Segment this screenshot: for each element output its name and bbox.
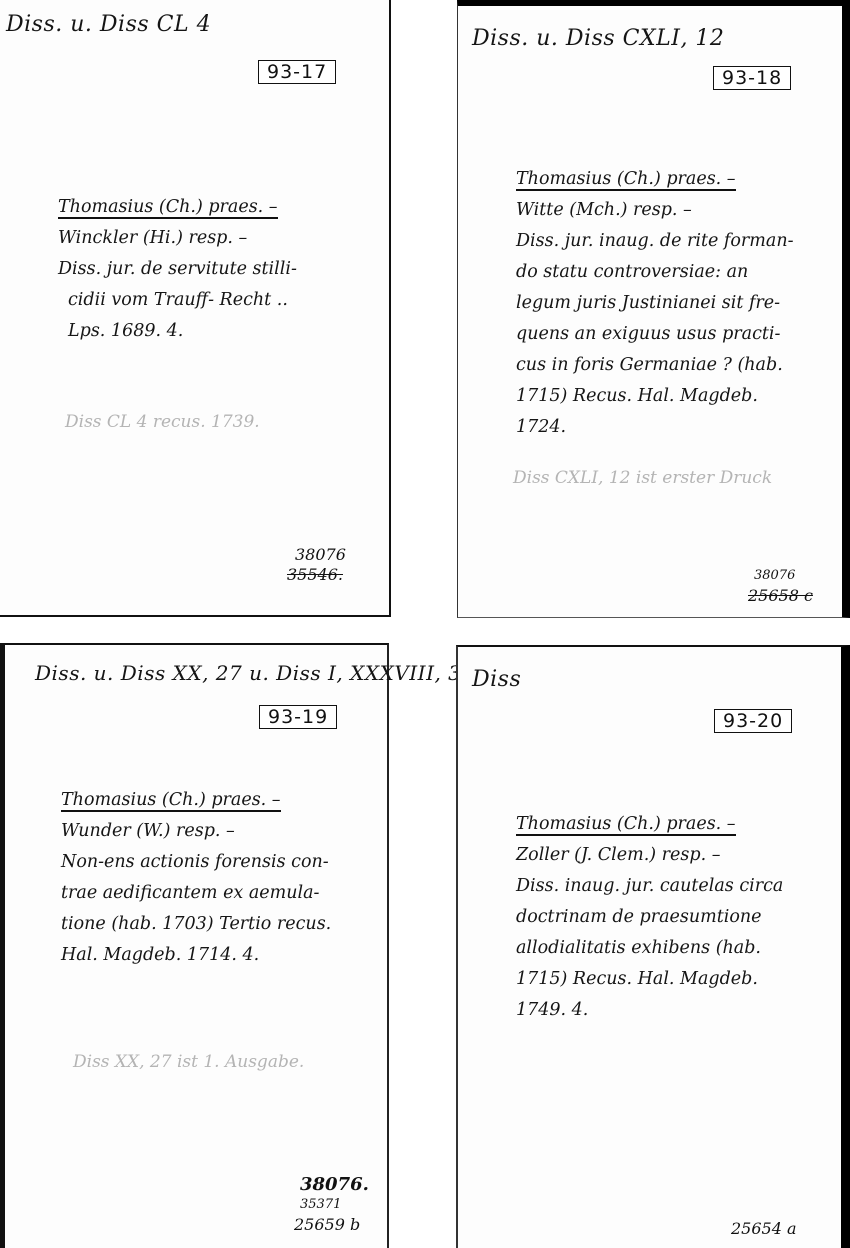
accession-number: 25659 b xyxy=(294,1215,369,1235)
description-line: Diss. jur. de servitute stilli- xyxy=(58,254,297,285)
accession-number: 35371 xyxy=(300,1195,369,1215)
description-line: Diss. inaug. jur. cautelas circa xyxy=(516,871,783,902)
praeses-line: Thomasius (Ch.) praes. – xyxy=(516,814,736,836)
description-line: tione (hab. 1703) Tertio recus. xyxy=(61,909,331,940)
catalog-card-93-17: Diss. u. Diss CL 4 93-17 Thomasius (Ch.)… xyxy=(0,0,391,617)
description-line: do statu controversiae: an xyxy=(516,257,794,288)
description-line: allodialitatis exhibens (hab. xyxy=(516,933,783,964)
header-note: Diss. u. Diss CXLI, 12 xyxy=(472,26,724,51)
accession-numbers: 38076. 35371 25659 b xyxy=(300,1175,369,1235)
shelfmark-box: 93-17 xyxy=(258,60,336,84)
description-line: legum juris Justinianei sit fre- xyxy=(516,288,794,319)
description-line: 1715) Recus. Hal. Magdeb. xyxy=(516,964,783,995)
pencil-note: Diss XX, 27 ist 1. Ausgabe. xyxy=(73,1052,304,1072)
accession-number: 38076. xyxy=(300,1175,369,1195)
description-line: Hal. Magdeb. 1714. 4. xyxy=(61,940,331,971)
respondent-line: Wunder (W.) resp. – xyxy=(61,816,331,847)
description-line: 1715) Recus. Hal. Magdeb. xyxy=(516,381,794,412)
respondent-line: Winckler (Hi.) resp. – xyxy=(58,223,297,254)
accession-number-struck: 35546. xyxy=(287,565,346,585)
shelfmark-box: 93-18 xyxy=(713,66,791,90)
description-line: 1749. 4. xyxy=(516,995,783,1026)
respondent-line: Witte (Mch.) resp. – xyxy=(516,195,794,226)
accession-numbers: 38076 35546. xyxy=(295,545,346,585)
accession-number: 38076 xyxy=(295,545,346,565)
accession-number: 38076 xyxy=(754,566,813,586)
entry-text: Thomasius (Ch.) praes. – Zoller (J. Clem… xyxy=(516,809,783,1026)
catalog-card-93-19: Diss. u. Diss XX, 27 u. Diss I, XXXVIII,… xyxy=(0,643,389,1248)
shelfmark-box: 93-20 xyxy=(714,709,792,733)
praeses-line: Thomasius (Ch.) praes. – xyxy=(516,169,736,191)
accession-numbers: 38076 25658 c xyxy=(748,566,813,606)
respondent-line: Zoller (J. Clem.) resp. – xyxy=(516,840,783,871)
pencil-note: Diss CXLI, 12 ist erster Druck xyxy=(513,468,772,488)
pencil-note: Diss CL 4 recus. 1739. xyxy=(65,412,260,432)
header-note: Diss xyxy=(472,667,521,692)
description-line: doctrinam de praesumtione xyxy=(516,902,783,933)
praeses-line: Thomasius (Ch.) praes. – xyxy=(58,197,278,219)
description-line: 1724. xyxy=(516,412,794,443)
entry-text: Thomasius (Ch.) praes. – Witte (Mch.) re… xyxy=(516,164,794,443)
entry-text: Thomasius (Ch.) praes. – Wunder (W.) res… xyxy=(61,785,331,971)
catalog-card-93-18: Diss. u. Diss CXLI, 12 93-18 Thomasius (… xyxy=(457,0,850,618)
accession-numbers: 25654 a xyxy=(731,1219,797,1239)
description-line: Non-ens actionis forensis con- xyxy=(61,847,331,878)
description-line: trae aedificantem ex aemula- xyxy=(61,878,331,909)
shelfmark-box: 93-19 xyxy=(259,705,337,729)
accession-number-struck: 25658 c xyxy=(748,586,813,606)
entry-text: Thomasius (Ch.) praes. – Winckler (Hi.) … xyxy=(58,192,297,347)
description-line: cidii vom Trauff- Recht .. xyxy=(58,285,297,316)
description-line: Diss. jur. inaug. de rite forman- xyxy=(516,226,794,257)
praeses-line: Thomasius (Ch.) praes. – xyxy=(61,790,281,812)
header-note: Diss. u. Diss CL 4 xyxy=(6,12,211,37)
header-note: Diss. u. Diss XX, 27 u. Diss I, XXXVIII,… xyxy=(35,661,461,685)
description-line: cus in foris Germaniae ? (hab. xyxy=(516,350,794,381)
catalog-card-93-20: Diss 93-20 Thomasius (Ch.) praes. – Zoll… xyxy=(456,645,850,1248)
accession-number: 25654 a xyxy=(731,1219,797,1239)
description-line: Lps. 1689. 4. xyxy=(58,316,297,347)
description-line: quens an exiguus usus practi- xyxy=(516,319,794,350)
